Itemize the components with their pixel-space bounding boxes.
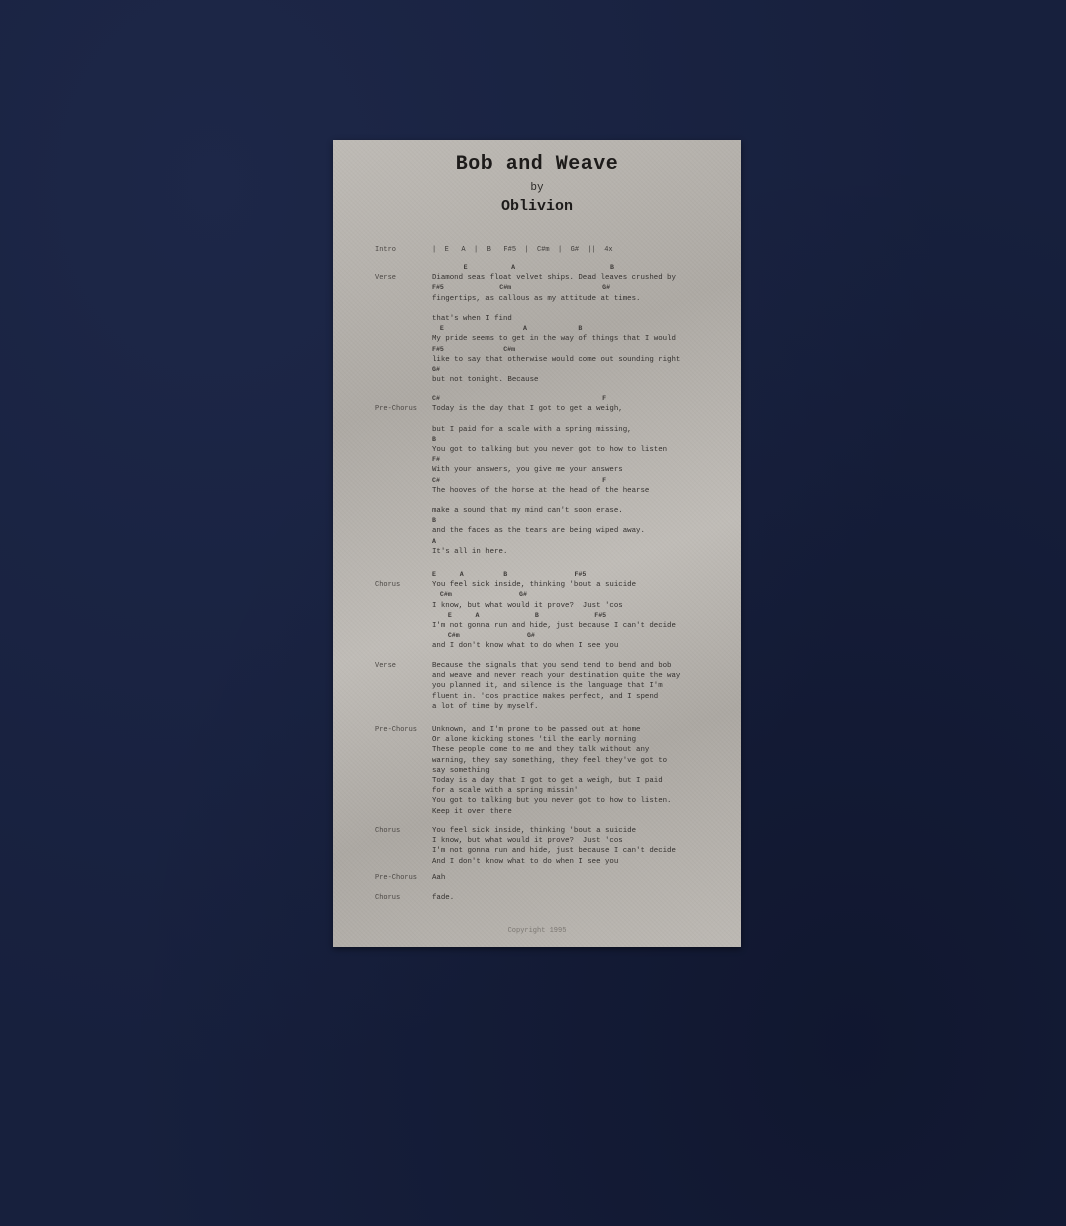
lyric-line: Today is the day that I got to get a wei… [432,404,731,414]
section-body: E A B F#5You feel sick inside, thinking … [432,570,731,652]
lyric-line: I'm not gonna run and hide, just because… [432,846,731,856]
chord-line: C# F [432,476,731,486]
chord-line: B [432,435,731,445]
lyric-line: These people come to me and they talk wi… [432,745,731,755]
chord-line: A [432,537,731,547]
lyric-line: fluent in. 'cos practice makes perfect, … [432,692,731,702]
chord-line: E A B F#5 [432,611,731,621]
section-body: C# FToday is the day that I got to get a… [432,394,731,557]
section-label: Pre-Chorus [375,873,417,883]
lyric-line: and I don't know what to do when I see y… [432,641,731,651]
lyric-line: a lot of time by myself. [432,702,731,712]
lyric-line: you planned it, and silence is the langu… [432,681,731,691]
chord-line: E A B F#5 [432,570,731,580]
line-gap [432,414,731,424]
lyric-line: say something [432,766,731,776]
lyric-line: You got to talking but you never got to … [432,445,731,455]
section-label: Chorus [375,893,400,903]
lyric-line: And I don't know what to do when I see y… [432,857,731,867]
song-body: Intro | E A | B F#5 | C#m | G# || 4x Ver… [333,140,741,947]
lyric-line: but not tonight. Because [432,375,731,385]
lyric-line: The hooves of the horse at the head of t… [432,486,731,496]
lyric-line: I know, but what would it prove? Just 'c… [432,836,731,846]
lyric-line: and the faces as the tears are being wip… [432,526,731,536]
section-body: Unknown, and I'm prone to be passed out … [432,725,731,817]
section-body: Because the signals that you send tend t… [432,661,731,712]
lyric-line: Unknown, and I'm prone to be passed out … [432,725,731,735]
lyric-line: that's when I find [432,314,731,324]
lyric-line: Diamond seas float velvet ships. Dead le… [432,273,731,283]
line-gap [432,496,731,506]
chord-line: E A B [432,324,731,334]
section-body: You feel sick inside, thinking 'bout a s… [432,826,731,867]
section-label: Chorus [375,580,400,590]
lyric-line: Or alone kicking stones 'til the early m… [432,735,731,745]
section-label: Verse [375,661,396,671]
lyric-line: I'm not gonna run and hide, just because… [432,621,731,631]
chord-line: F#5 C#m [432,345,731,355]
chord-line: C# F [432,394,731,404]
section-label: Pre-Chorus [375,725,417,735]
lyric-line: and weave and never reach your destinati… [432,671,731,681]
lyric-sheet: Bob and Weave by Oblivion Intro | E A | … [333,140,741,947]
section-body: E A BDiamond seas float velvet ships. De… [432,263,731,385]
chord-line: F#5 C#m G# [432,283,731,293]
section-label: Chorus [375,826,400,836]
chord-line: C#m G# [432,590,731,600]
intro-chords: | E A | B F#5 | C#m | G# || 4x [432,245,613,255]
lyric-line: My pride seems to get in the way of thin… [432,334,731,344]
chord-line: F# [432,455,731,465]
section-label: Verse [375,273,396,283]
lyric-line: fade. [432,893,731,903]
lyric-line: You feel sick inside, thinking 'bout a s… [432,580,731,590]
lyric-line: I know, but what would it prove? Just 'c… [432,601,731,611]
lyric-line: fingertips, as callous as my attitude at… [432,294,731,304]
lyric-line: With your answers, you give me your answ… [432,465,731,475]
chord-line: C#m G# [432,631,731,641]
section-label: Intro [375,245,396,255]
lyric-line: Keep it over there [432,807,731,817]
lyric-line: It's all in here. [432,547,731,557]
lyric-line: warning, they say something, they feel t… [432,756,731,766]
lyric-line: Because the signals that you send tend t… [432,661,731,671]
lyric-line: Today is a day that I got to get a weigh… [432,776,731,786]
line-gap [432,304,731,314]
section-label: Pre-Chorus [375,404,417,414]
lyric-line: You got to talking but you never got to … [432,796,731,806]
chord-line: E A B [432,263,731,273]
lyric-line: make a sound that my mind can't soon era… [432,506,731,516]
lyric-line: like to say that otherwise would come ou… [432,355,731,365]
lyric-line: but I paid for a scale with a spring mis… [432,425,731,435]
lyric-line: Aah [432,873,731,883]
lyric-line: You feel sick inside, thinking 'bout a s… [432,826,731,836]
lyric-line: for a scale with a spring missin' [432,786,731,796]
chord-line: B [432,516,731,526]
chord-line: G# [432,365,731,375]
copyright-notice: Copyright 1995 [333,927,741,935]
section-body: fade. [432,893,731,903]
section-body: Aah [432,873,731,883]
